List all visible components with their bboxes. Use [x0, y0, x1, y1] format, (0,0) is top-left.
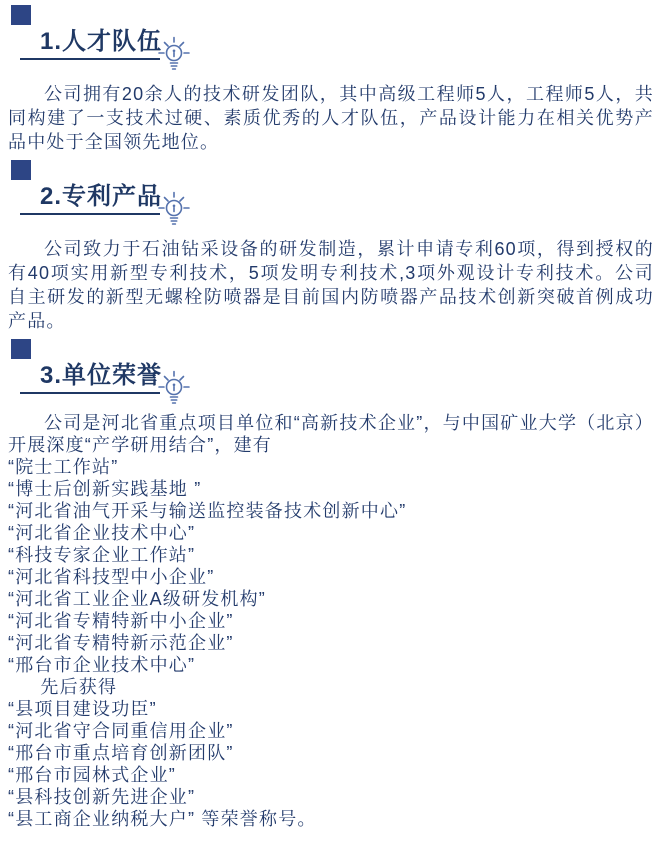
honors-body: 公司是河北省重点项目单位和“高新技术企业”，与中国矿业大学（北京）开展深度“产学… — [8, 412, 654, 830]
honor-line: “河北省专精特新中小企业” — [8, 610, 654, 632]
section-patent-products: 2.专利产品 公司致力于石油钻采设备的研发制造，累计申请专利60项，得到授权的有… — [0, 160, 660, 333]
honor-line: “邢台市园林式企业” — [8, 764, 654, 786]
honor-line: “河北省工业企业A级研发机构” — [8, 588, 654, 610]
section-header: 1.人才队伍 — [20, 28, 250, 60]
honors-intro: 公司是河北省重点项目单位和“高新技术企业”，与中国矿业大学（北京）开展深度“产学… — [8, 412, 654, 456]
honor-line: 先后获得 — [8, 676, 654, 698]
honor-line: “河北省科技型中小企业” — [8, 566, 654, 588]
honor-line: “科技专家企业工作站” — [8, 544, 654, 566]
lightbulb-rays-icon — [158, 191, 190, 227]
honor-line: “河北省企业技术中心” — [8, 522, 654, 544]
section-header: 3.单位荣誉 — [20, 362, 250, 394]
section-marker-square — [11, 339, 31, 359]
document-page: 1.人才队伍 公司拥有20余人的技术研发团队，其中高级工程师5人，工程师5人，共… — [0, 0, 660, 842]
lightbulb-rays-icon — [158, 36, 190, 72]
section-talent-team: 1.人才队伍 公司拥有20余人的技术研发团队，其中高级工程师5人，工程师5人，共… — [0, 5, 660, 154]
section-paragraph: 公司致力于石油钻采设备的研发制造，累计申请专利60项，得到授权的有40项实用新型… — [8, 237, 654, 333]
honor-line: “县科技创新先进企业” — [8, 786, 654, 808]
section-marker-square — [11, 5, 31, 25]
honor-line: “县项目建设功臣” — [8, 698, 654, 720]
section-marker-square — [11, 160, 31, 180]
lightbulb-rays-icon — [158, 370, 190, 406]
honor-line: “院士工作站” — [8, 456, 654, 478]
honors-list: “院士工作站”“博士后创新实践基地 ”“河北省油气开采与输送监控装备技术创新中心… — [8, 456, 654, 830]
honor-line: “县工商企业纳税大户” 等荣誉称号。 — [8, 808, 654, 830]
honor-line: “邢台市重点培育创新团队” — [8, 742, 654, 764]
title-underline — [20, 392, 160, 394]
section-title: 3.单位荣誉 — [20, 362, 250, 390]
honor-line: “河北省油气开采与输送监控装备技术创新中心” — [8, 500, 654, 522]
title-underline — [20, 213, 160, 215]
honor-line: “河北省守合同重信用企业” — [8, 720, 654, 742]
section-header: 2.专利产品 — [20, 183, 250, 215]
honor-line: “博士后创新实践基地 ” — [8, 478, 654, 500]
honor-line: “河北省专精特新示范企业” — [8, 632, 654, 654]
section-paragraph: 公司拥有20余人的技术研发团队，其中高级工程师5人，工程师5人，共同构建了一支技… — [8, 82, 654, 154]
title-underline — [20, 58, 160, 60]
honor-line: “邢台市企业技术中心” — [8, 654, 654, 676]
section-title: 1.人才队伍 — [20, 28, 250, 56]
section-company-honors: 3.单位荣誉 公司是河北省重点项目单位和“高新技术企业”，与中国矿业大学（北京）… — [0, 339, 660, 830]
section-title: 2.专利产品 — [20, 183, 250, 211]
